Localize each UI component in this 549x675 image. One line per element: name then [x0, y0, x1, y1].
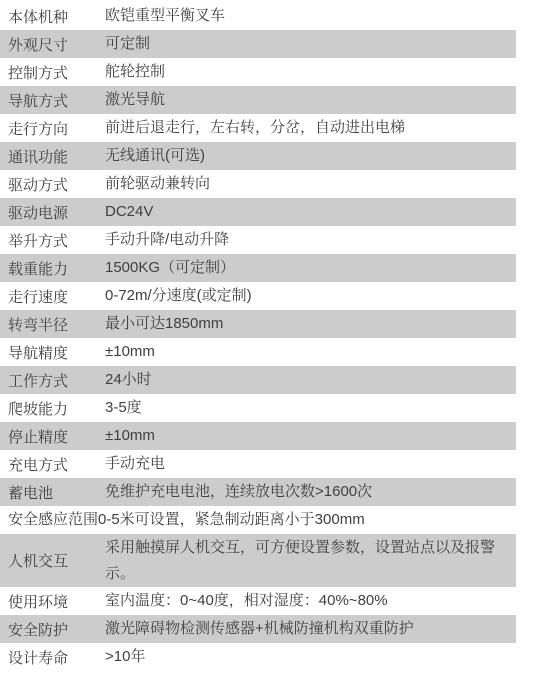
- spec-row: 停止精度 ±10mm: [0, 422, 516, 450]
- spec-value: 手动充电: [105, 451, 516, 477]
- spec-value: 1500KG（可定制）: [105, 255, 516, 281]
- spec-row: 驱动方式 前轮驱动兼转向: [0, 170, 516, 198]
- spec-value: 可定制: [105, 31, 516, 57]
- spec-label: 外观尺寸: [0, 34, 105, 55]
- spec-row: 导航精度 ±10mm: [0, 338, 516, 366]
- spec-value: >10年: [105, 644, 516, 670]
- spec-value: ±10mm: [105, 423, 516, 449]
- spec-label: 蓄电池: [0, 482, 105, 503]
- spec-row: 举升方式 手动升降/电动升降: [0, 226, 516, 254]
- spec-value: 最小可达1850mm: [105, 311, 516, 337]
- spec-label: 爬坡能力: [0, 398, 105, 419]
- spec-value: DC24V: [105, 199, 516, 225]
- spec-label: 走行方向: [0, 118, 105, 139]
- spec-value: 3-5度: [105, 395, 516, 421]
- spec-value: 免维护充电电池，连续放电次数>1600次: [105, 479, 516, 505]
- spec-value: 舵轮控制: [105, 59, 516, 85]
- spec-value: 欧铠重型平衡叉车: [105, 3, 516, 29]
- spec-value: 手动升降/电动升降: [105, 227, 516, 253]
- spec-row: 工作方式 24小时: [0, 366, 516, 394]
- spec-row: 本体机种 欧铠重型平衡叉车: [0, 2, 516, 30]
- spec-label: 驱动方式: [0, 174, 105, 195]
- spec-label: 设计寿命: [0, 647, 105, 668]
- spec-label: 举升方式: [0, 230, 105, 251]
- spec-label: 工作方式: [0, 370, 105, 391]
- spec-label: 驱动电源: [0, 202, 105, 223]
- spec-label: 导航精度: [0, 342, 105, 363]
- spec-value: 激光导航: [105, 87, 516, 113]
- spec-value: 24小时: [105, 367, 516, 393]
- spec-label: 本体机种: [0, 6, 105, 27]
- spec-table: 本体机种 欧铠重型平衡叉车 外观尺寸 可定制 控制方式 舵轮控制 导航方式 激光…: [0, 0, 549, 671]
- spec-value: 安全感应范围0-5米可设置，紧急制动距离小于300mm: [0, 507, 516, 533]
- spec-label: 使用环境: [0, 591, 105, 612]
- spec-row: 外观尺寸 可定制: [0, 30, 516, 58]
- spec-value: 前进后退走行，左右转，分岔，自动进出电梯: [105, 115, 516, 141]
- spec-label: 通讯功能: [0, 146, 105, 167]
- spec-row: 导航方式 激光导航: [0, 86, 516, 114]
- spec-row: 载重能力 1500KG（可定制）: [0, 254, 516, 282]
- spec-label: 导航方式: [0, 90, 105, 111]
- spec-row: 走行方向 前进后退走行，左右转，分岔，自动进出电梯: [0, 114, 516, 142]
- spec-value: 室内温度：0~40度，相对湿度：40%~80%: [105, 588, 516, 614]
- spec-row: 驱动电源 DC24V: [0, 198, 516, 226]
- spec-row: 走行速度 0-72m/分速度(或定制): [0, 282, 516, 310]
- spec-row: 充电方式 手动充电: [0, 450, 516, 478]
- spec-row: 安全感应范围0-5米可设置，紧急制动距离小于300mm: [0, 506, 516, 534]
- spec-value: 前轮驱动兼转向: [105, 171, 516, 197]
- spec-value: 0-72m/分速度(或定制): [105, 283, 516, 309]
- spec-label: 停止精度: [0, 426, 105, 447]
- spec-value: 激光障碍物检测传感器+机械防撞机构双重防护: [105, 616, 516, 642]
- spec-value: ±10mm: [105, 339, 516, 365]
- spec-row: 爬坡能力 3-5度: [0, 394, 516, 422]
- spec-value: 采用触摸屏人机交互，可方便设置参数，设置站点以及报警示。: [105, 535, 516, 587]
- spec-row: 安全防护 激光障碍物检测传感器+机械防撞机构双重防护: [0, 615, 516, 643]
- spec-row: 人机交互 采用触摸屏人机交互，可方便设置参数，设置站点以及报警示。: [0, 534, 516, 587]
- spec-label: 走行速度: [0, 286, 105, 307]
- spec-row: 转弯半径 最小可达1850mm: [0, 310, 516, 338]
- spec-label: 控制方式: [0, 62, 105, 83]
- spec-row: 使用环境 室内温度：0~40度，相对湿度：40%~80%: [0, 587, 516, 615]
- spec-row: 蓄电池 免维护充电电池，连续放电次数>1600次: [0, 478, 516, 506]
- spec-label: 转弯半径: [0, 314, 105, 335]
- spec-label: 人机交互: [0, 550, 105, 571]
- spec-label: 充电方式: [0, 454, 105, 475]
- spec-label: 安全防护: [0, 619, 105, 640]
- spec-row: 通讯功能 无线通讯(可选): [0, 142, 516, 170]
- spec-row: 控制方式 舵轮控制: [0, 58, 516, 86]
- spec-value: 无线通讯(可选): [105, 143, 516, 169]
- spec-label: 载重能力: [0, 258, 105, 279]
- spec-row: 设计寿命 >10年: [0, 643, 516, 671]
- spec-sheet-page: 本体机种 欧铠重型平衡叉车 外观尺寸 可定制 控制方式 舵轮控制 导航方式 激光…: [0, 0, 549, 675]
